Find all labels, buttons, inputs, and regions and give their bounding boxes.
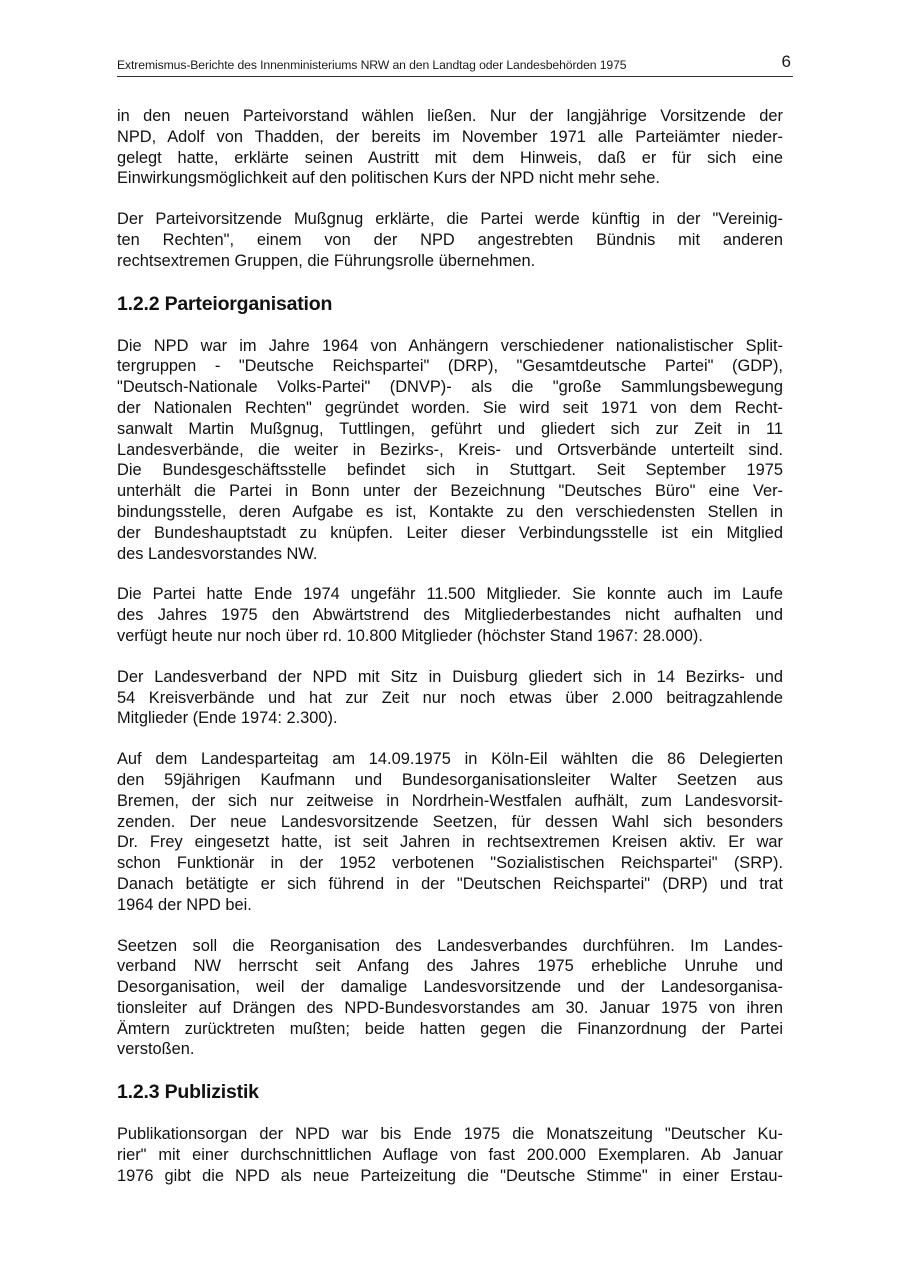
text-line: Die Bundesgeschäftsstelle befindet sich … bbox=[117, 460, 783, 481]
text-line: Auf dem Landesparteitag am 14.09.1975 in… bbox=[117, 749, 783, 770]
text-line: zenden. Der neue Landesvorsitzende Seetz… bbox=[117, 812, 783, 833]
paragraph: Der Parteivorsitzende Mußgnug erklärte, … bbox=[117, 209, 783, 271]
paragraph: Seetzen soll die Reorganisation des Land… bbox=[117, 936, 783, 1061]
paragraph: Die NPD war im Jahre 1964 von Anhängern … bbox=[117, 336, 783, 565]
section-heading: 1.2.3 Publizistik bbox=[117, 1080, 783, 1104]
section-heading: 1.2.2 Parteiorganisation bbox=[117, 292, 783, 316]
text-line: rier" mit einer durchschnittlichen Aufla… bbox=[117, 1145, 783, 1166]
text-line: den 59jährigen Kaufmann und Bundesorgani… bbox=[117, 770, 783, 791]
text-line: verband NW herrscht seit Anfang des Jahr… bbox=[117, 956, 783, 977]
text-line: bindungsstelle, deren Aufgabe es ist, Ko… bbox=[117, 502, 783, 523]
text-line: Mitglieder (Ende 1974: 2.300). bbox=[117, 708, 783, 729]
text-line: Landesverbände, die weiter in Bezirks-, … bbox=[117, 440, 783, 461]
paragraph: Publikationsorgan der NPD war bis Ende 1… bbox=[117, 1124, 783, 1186]
paragraph: Auf dem Landesparteitag am 14.09.1975 in… bbox=[117, 749, 783, 915]
text-line: 1976 gibt die NPD als neue Parteizeitung… bbox=[117, 1166, 783, 1187]
paragraph: Die Partei hatte Ende 1974 ungefähr 11.5… bbox=[117, 584, 783, 646]
text-line: der Bundeshauptstadt zu knüpfen. Leiter … bbox=[117, 523, 783, 544]
text-line: verstoßen. bbox=[117, 1039, 783, 1060]
text-line: Dr. Frey eingesetzt hatte, ist seit Jahr… bbox=[117, 832, 783, 853]
text-line: des Landesvorstandes NW. bbox=[117, 544, 783, 565]
text-line: Die NPD war im Jahre 1964 von Anhängern … bbox=[117, 336, 783, 357]
text-line: Publikationsorgan der NPD war bis Ende 1… bbox=[117, 1124, 783, 1145]
paragraph: in den neuen Parteivorstand wählen ließe… bbox=[117, 106, 783, 189]
text-line: "Deutsch-Nationale Volks-Partei" (DNVP)-… bbox=[117, 377, 783, 398]
text-line: unterhält die Partei in Bonn unter der B… bbox=[117, 481, 783, 502]
text-line: Danach betätigte er sich führend in der … bbox=[117, 874, 783, 895]
text-line: rechtsextremen Gruppen, die Führungsroll… bbox=[117, 251, 783, 272]
text-line: Desorganisation, weil der damalige Lande… bbox=[117, 977, 783, 998]
text-line: tergruppen - "Deutsche Reichspartei" (DR… bbox=[117, 356, 783, 377]
text-line: in den neuen Parteivorstand wählen ließe… bbox=[117, 106, 783, 127]
text-line: gelegt hatte, erklärte seinen Austritt m… bbox=[117, 148, 783, 169]
text-line: Der Parteivorsitzende Mußgnug erklärte, … bbox=[117, 209, 783, 230]
text-line: Seetzen soll die Reorganisation des Land… bbox=[117, 936, 783, 957]
text-line: Die Partei hatte Ende 1974 ungefähr 11.5… bbox=[117, 584, 783, 605]
text-line: Einwirkungsmöglichkeit auf den politisch… bbox=[117, 168, 783, 189]
text-line: ten Rechten", einem von der NPD angestre… bbox=[117, 230, 783, 251]
document-body: in den neuen Parteivorstand wählen ließe… bbox=[117, 106, 783, 1207]
text-line: NPD, Adolf von Thadden, der bereits im N… bbox=[117, 127, 783, 148]
page-number: 6 bbox=[782, 52, 791, 72]
text-line: des Jahres 1975 den Abwärtstrend des Mit… bbox=[117, 605, 783, 626]
running-header: Extremismus-Berichte des Innenministeriu… bbox=[117, 52, 793, 77]
text-line: der Nationalen Rechten" gegründet worden… bbox=[117, 398, 783, 419]
paragraph: Der Landesverband der NPD mit Sitz in Du… bbox=[117, 667, 783, 729]
text-line: Bremen, der sich nur zeitweise in Nordrh… bbox=[117, 791, 783, 812]
text-line: verfügt heute nur noch über rd. 10.800 M… bbox=[117, 626, 783, 647]
text-line: 54 Kreisverbände und hat zur Zeit nur no… bbox=[117, 688, 783, 709]
text-line: Der Landesverband der NPD mit Sitz in Du… bbox=[117, 667, 783, 688]
text-line: sanwalt Martin Mußgnug, Tuttlingen, gefü… bbox=[117, 419, 783, 440]
text-line: Ämtern zurücktreten mußten; beide hatten… bbox=[117, 1019, 783, 1040]
header-title: Extremismus-Berichte des Innenministeriu… bbox=[117, 58, 626, 72]
text-line: schon Funktionär in der 1952 verbotenen … bbox=[117, 853, 783, 874]
text-line: tionsleiter auf Drängen des NPD-Bundesvo… bbox=[117, 998, 783, 1019]
text-line: 1964 der NPD bei. bbox=[117, 895, 783, 916]
